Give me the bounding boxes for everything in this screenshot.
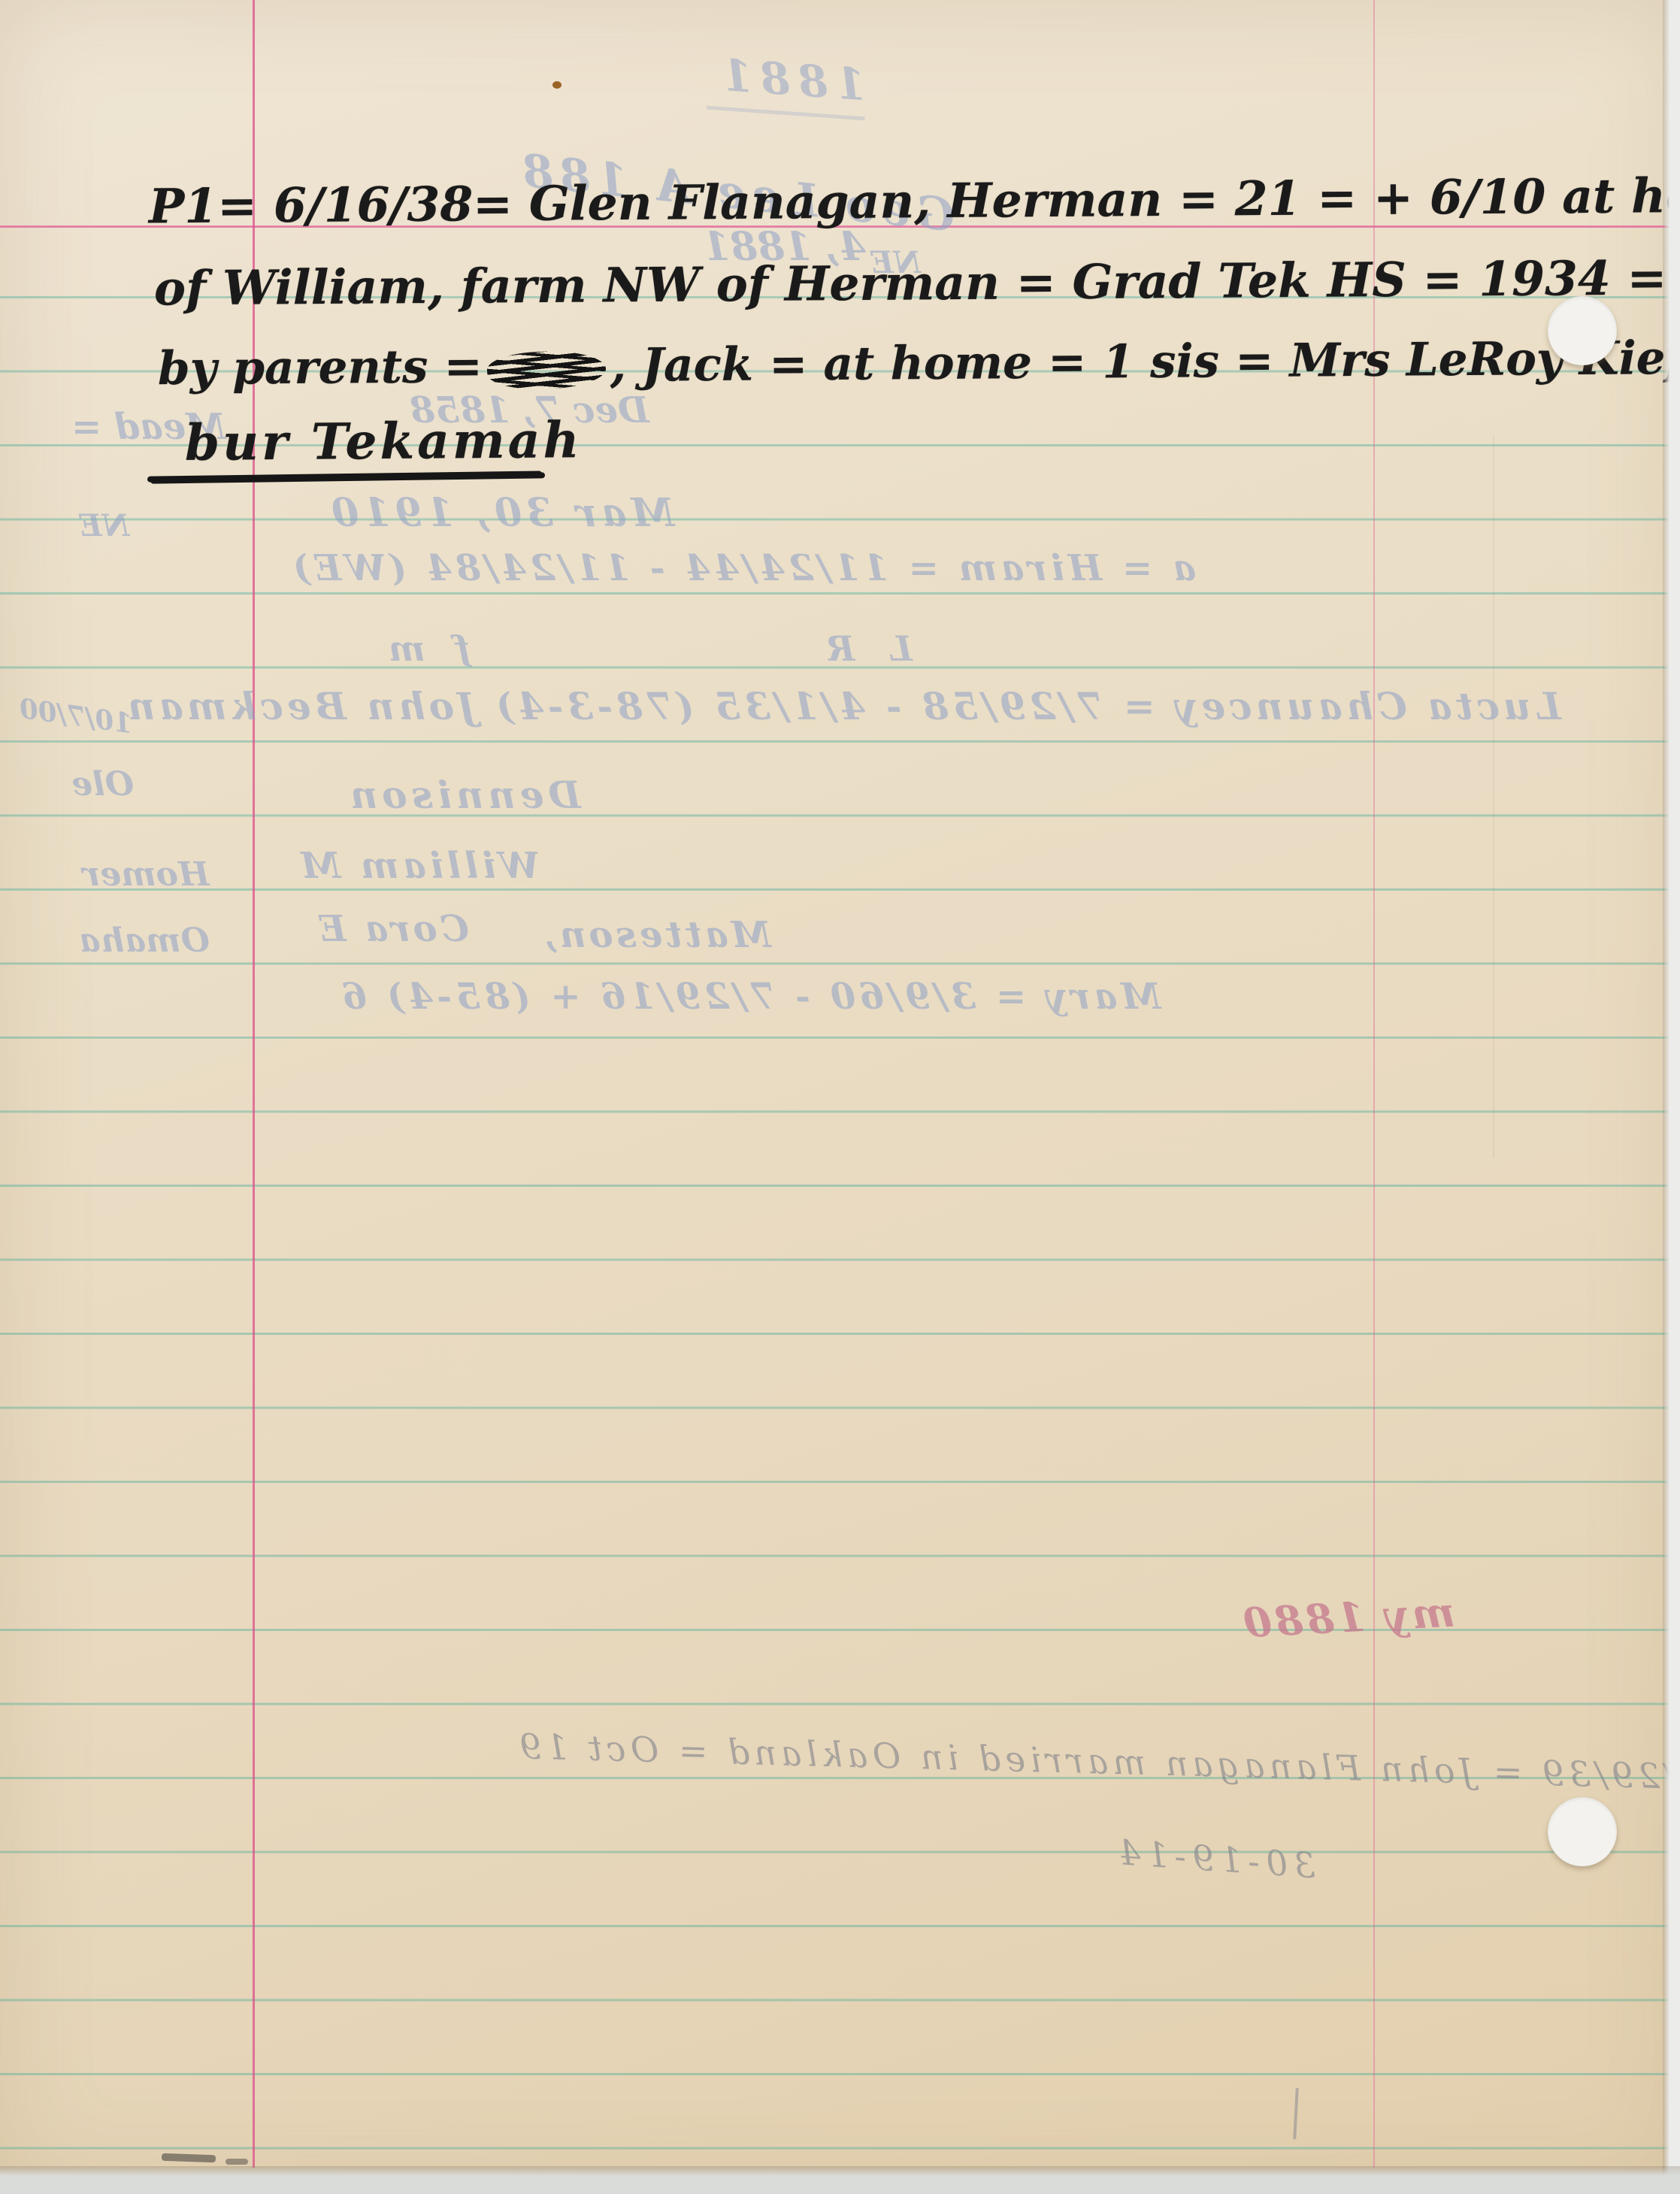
bleedthrough-line: f m: [380, 628, 470, 669]
handwritten-line-3: by parents =, Jack = at home = 1 sis = M…: [158, 331, 1680, 395]
handwritten-line-4: bur Tekamah: [185, 412, 583, 472]
bleedthrough-line: NE: [79, 508, 129, 543]
paper-crease: [1493, 436, 1494, 1158]
bleedthrough-line: William M: [297, 845, 540, 887]
hole-punch-top: [1548, 296, 1617, 365]
bleedthrough-line: Ole: [71, 765, 134, 803]
handwritten-line-1: P1= 6/16/38= Glen Flanagan, Herman = 21 …: [149, 167, 1680, 234]
bleedthrough-line: Lucta Chauncey = 7/29/58 - 4/1/35 (78-3-…: [124, 684, 1561, 728]
bleedthrough-line: Homer: [83, 855, 210, 894]
scribbled-out-word: [486, 349, 607, 392]
paper-fleck: [552, 81, 562, 89]
edge-smudge: [162, 2153, 216, 2163]
pink-left-margin-rule: [253, 0, 255, 2168]
handwritten-line-3-start: by parents =: [158, 340, 483, 395]
handwritten-line-3-end: , Jack = at home = 1 sis = Mrs LeRoy Kie…: [610, 330, 1680, 392]
bleedthrough-line: a = Hiram = 11/24/44 - 11/24/84 (WE): [289, 547, 1196, 589]
bleedthrough-line: Mar 30, 1910: [327, 490, 674, 536]
bleedthrough-year-1881: 1881: [706, 49, 869, 121]
scanner-edge-bottom: [0, 2166, 1680, 2194]
bleedthrough-line: Omaha: [79, 921, 210, 960]
pink-right-margin-rule: [1373, 0, 1375, 2168]
scanner-edge-right: [1663, 0, 1680, 2194]
bleedthrough-line: L R: [816, 628, 913, 669]
scanned-ledger-page: 1881 Geo Lee A 188 4, 1881 NE Mead = Dec…: [0, 0, 1680, 2194]
hole-punch-bottom: [1548, 1797, 1617, 1866]
bleedthrough-line: Matteson,: [541, 914, 771, 956]
bleedthrough-line: Mary = 3/9/60 - 7/29/16 + (85-4) 6: [338, 976, 1161, 1018]
handwritten-line-2: of William, farm NW of Herman = Grad Tek…: [154, 250, 1680, 316]
bleedthrough-line: Dennison: [346, 773, 581, 817]
edge-smudge: [226, 2159, 248, 2165]
bleedthrough-line: Cora E: [316, 908, 469, 950]
